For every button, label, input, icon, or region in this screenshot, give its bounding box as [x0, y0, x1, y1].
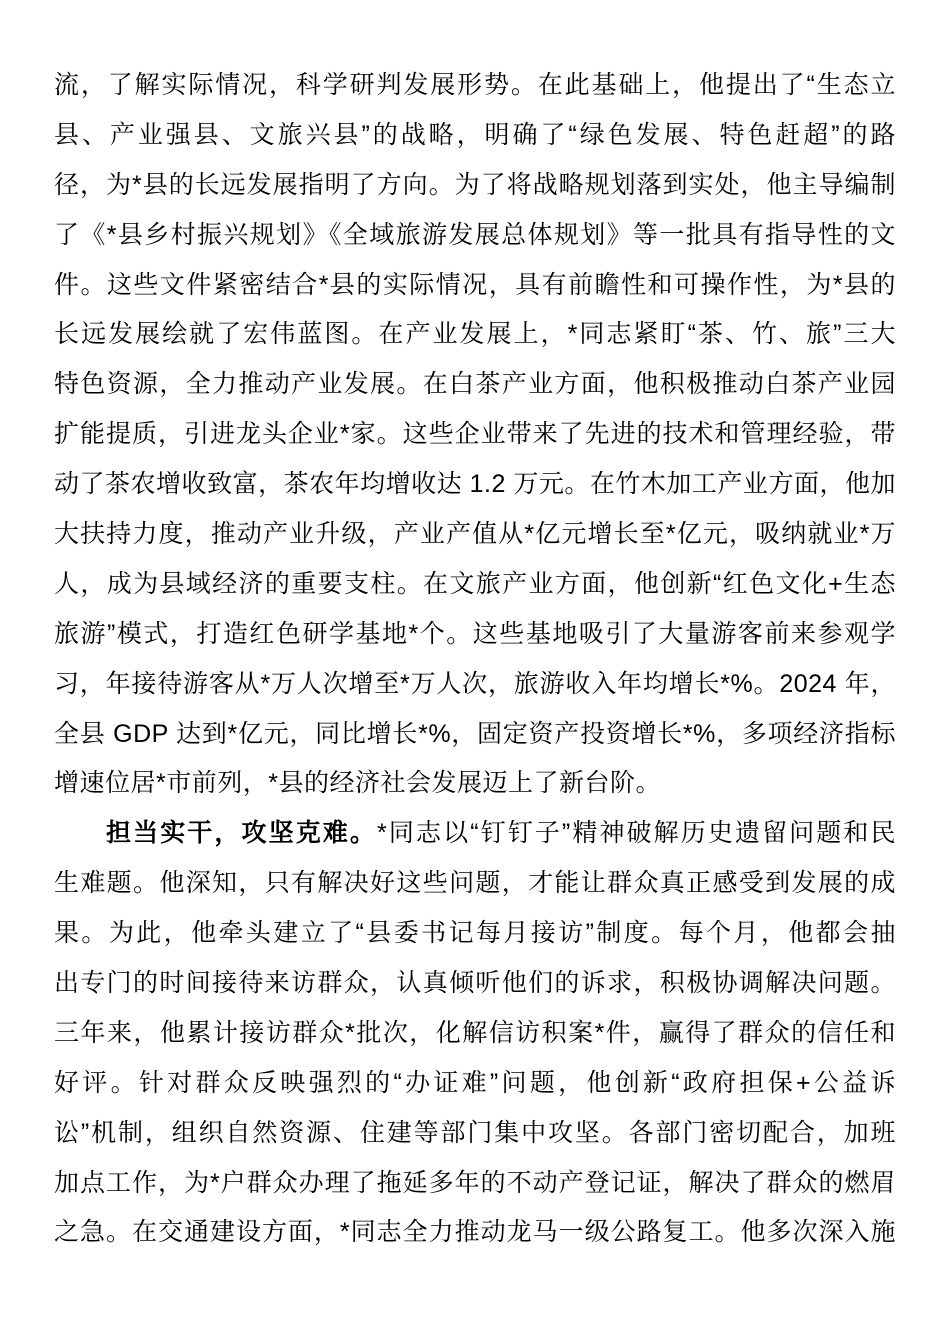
text-line: 径，为*县的长远发展指明了方向。为了将战略规划落到实处，他主导编制	[54, 161, 896, 211]
text-line: 果。为此，他牵头建立了“县委书记每月接访”制度。每个月，他都会抽	[54, 909, 896, 959]
text-line: 好评。针对群众反映强烈的“办证难”问题，他创新“政府担保+公益诉	[54, 1059, 896, 1109]
document-page: 流，了解实际情况，科学研判发展形势。在此基础上，他提出了“生态立 县、产业强县、…	[0, 0, 950, 1344]
paragraph1-last-line: 增速位居*市前列，*县的经济社会发展迈上了新台阶。	[54, 759, 896, 809]
text-line: 长远发展绘就了宏伟蓝图。在产业发展上，*同志紧盯“茶、竹、旅”三大	[54, 310, 896, 360]
text-line: 加点工作，为*户群众办理了拖延多年的不动产登记证，解决了群众的燃眉	[54, 1159, 896, 1209]
text-line: 生难题。他深知，只有解决好这些问题，才能让群众真正感受到发展的成	[54, 859, 896, 909]
text-line: 习，年接待游客从*万人次增至*万人次，旅游收入年均增长*%。2024 年，	[54, 660, 896, 710]
text-line: 讼”机制，组织自然资源、住建等部门集中攻坚。各部门密切配合，加班	[54, 1109, 896, 1159]
text-line: 扩能提质，引进龙头企业*家。这些企业带来了先进的技术和管理经验，带	[54, 410, 896, 460]
text-line: 旅游”模式，打造红色研学基地*个。这些基地吸引了大量游客前来参观学	[54, 610, 896, 660]
paragraph2-heading: 担当实干，攻坚克难。	[106, 819, 377, 847]
text-line: 之急。在交通建设方面，*同志全力推动龙马一级公路复工。他多次深入施	[54, 1208, 896, 1258]
text-line: 三年来，他累计接访群众*批次，化解信访积案*件，赢得了群众的信任和	[54, 1009, 896, 1059]
text-line: 人，成为县域经济的重要支柱。在文旅产业方面，他创新“红色文化+生态	[54, 560, 896, 610]
text-line: 流，了解实际情况，科学研判发展形势。在此基础上，他提出了“生态立	[54, 61, 896, 111]
paragraph2-first-line-rest: *同志以“钉钉子”精神破解历史遗留问题和民	[377, 819, 896, 847]
text-line: 动了茶农增收致富，茶农年均增收达 1.2 万元。在竹木加工产业方面，他加	[54, 460, 896, 510]
text-line: 件。这些文件紧密结合*县的实际情况，具有前瞻性和可操作性，为*县的	[54, 261, 896, 311]
text-line: 特色资源，全力推动产业发展。在白茶产业方面，他积极推动白茶产业园	[54, 360, 896, 410]
text-line: 全县 GDP 达到*亿元，同比增长*%，固定资产投资增长*%，多项经济指标	[54, 710, 896, 760]
text-line: 出专门的时间接待来访群众，认真倾听他们的诉求，积极协调解决问题。	[54, 959, 896, 1009]
paragraph2-first-line: 担当实干，攻坚克难。*同志以“钉钉子”精神破解历史遗留问题和民	[54, 809, 896, 859]
document-body-text: 流，了解实际情况，科学研判发展形势。在此基础上，他提出了“生态立 县、产业强县、…	[54, 61, 896, 1258]
text-line: 县、产业强县、文旅兴县”的战略，明确了“绿色发展、特色赶超”的路	[54, 111, 896, 161]
text-line: 了《*县乡村振兴规划》《全域旅游发展总体规划》等一批具有指导性的文	[54, 211, 896, 261]
text-line: 大扶持力度，推动产业升级，产业产值从*亿元增长至*亿元，吸纳就业*万	[54, 510, 896, 560]
